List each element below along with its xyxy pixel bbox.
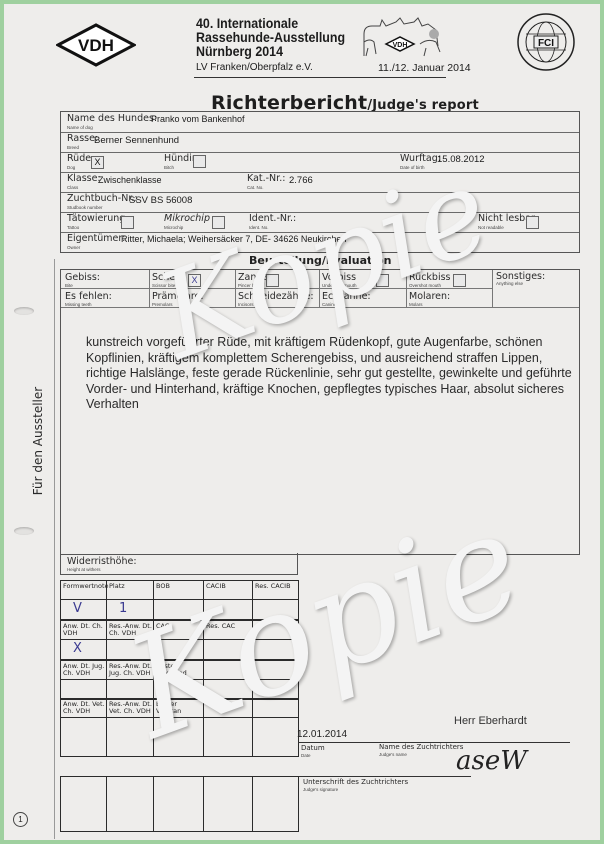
tattoo-checkbox[interactable]	[121, 216, 134, 229]
label: Rückbiss	[409, 272, 451, 283]
label: Unterschrift des Zuchtrichters	[303, 778, 408, 786]
row-identification: Tätowierung Tattoo Mikrochip Microchip I…	[61, 212, 579, 233]
label: Eigentümer:	[67, 233, 125, 244]
label-en: Tattoo	[67, 225, 79, 230]
height-at-withers: Widerristhöhe: Height at withers	[60, 553, 298, 575]
molars-cell: Molaren: Molars	[407, 289, 493, 308]
result-label: Anw. Dt. Vet. Ch. VDH	[63, 701, 106, 715]
result-mark: 1	[119, 601, 127, 616]
result-value-cell[interactable]	[153, 717, 204, 757]
result-value-cell[interactable]	[106, 639, 154, 660]
svg-text:VDH: VDH	[78, 36, 114, 55]
result-value-cell[interactable]	[252, 717, 299, 757]
result-value-cell[interactable]	[153, 776, 204, 832]
result-value-cell[interactable]	[203, 717, 253, 757]
result-label: Res.-Anw. Dt. Vet. Ch. VDH	[109, 701, 153, 715]
missing-cell: Es fehlen: Missing teeth	[61, 289, 150, 308]
other-cell: Sonstiges: Anything else	[493, 270, 579, 308]
result-label: Res. CACIB	[255, 583, 291, 590]
vdh-logo: VDH	[56, 23, 136, 67]
result-mark: X	[73, 641, 82, 656]
result-label: Bester Junghund	[156, 663, 203, 677]
label-en: Anything else	[496, 281, 523, 286]
result-label-cell: Anw. Dt. Jug. Ch. VDH	[60, 660, 107, 680]
result-value-cell[interactable]	[252, 599, 299, 620]
result-value-cell[interactable]	[106, 717, 154, 757]
header-divider	[194, 77, 446, 78]
row-breed: Rasse: Breed Berner Sennenhund	[61, 132, 579, 153]
result-value-cell[interactable]	[153, 679, 204, 700]
result-value-cell[interactable]	[60, 776, 107, 832]
label: Ident.-Nr.:	[249, 213, 296, 224]
label-en: Judge's name	[379, 752, 407, 757]
label-en: Undershot mouth	[322, 283, 357, 288]
label-en: Name of dog	[67, 125, 93, 130]
result-label-cell	[252, 620, 299, 640]
label-en: Overshot mouth	[409, 283, 441, 288]
label: Eckzähne:	[322, 291, 371, 302]
label-en: Class	[67, 185, 78, 190]
result-value-cell[interactable]: V	[60, 599, 107, 620]
bite-cell: Gebiss: Bite	[61, 270, 150, 289]
label-en: Ident. No.	[249, 225, 269, 230]
result-value-cell[interactable]	[60, 679, 107, 700]
result-label: Anw. Dt. Ch. VDH	[63, 623, 106, 637]
result-label-cell: Platz	[106, 580, 154, 600]
page-number: 1	[13, 812, 28, 827]
svg-text:VDH: VDH	[393, 42, 408, 49]
result-value-cell[interactable]	[106, 679, 154, 700]
evaluation-title: Beurteilung/Evaluation	[249, 254, 391, 267]
label-en: Studbook number	[67, 205, 103, 210]
label-en: Bite	[65, 283, 73, 288]
event-title: 40. Internationale Rassehunde-Ausstellun…	[196, 17, 345, 59]
result-label: Anw. Dt. Jug. Ch. VDH	[63, 663, 106, 677]
result-label-cell: Anw. Dt. Vet. Ch. VDH	[60, 698, 107, 718]
label-en: Canines	[322, 302, 339, 307]
label: Name des Hundes:	[67, 113, 157, 124]
result-label-cell: Res. CACIB	[252, 580, 299, 600]
sidebar-label: Für den Aussteller	[31, 387, 45, 495]
result-label: Formwertnote	[63, 583, 109, 590]
not-readable-checkbox[interactable]	[526, 216, 539, 229]
result-value-cell[interactable]: 1	[106, 599, 154, 620]
result-label: Bester Veteran	[156, 701, 203, 715]
result-label-cell: Anw. Dt. Ch. VDH	[60, 620, 107, 640]
result-label-cell: Formwertnote	[60, 580, 107, 600]
class: Zwischenklasse	[98, 175, 162, 185]
incisors-cell: Schneidezähne: Incisors	[236, 289, 320, 308]
label-en: Cat. No.	[247, 185, 264, 190]
label-en: Bitch	[164, 165, 174, 170]
female-checkbox[interactable]	[193, 155, 206, 168]
canines-cell: Eckzähne: Canines	[320, 289, 407, 308]
result-label-cell	[252, 698, 299, 718]
breed: Berner Sennenhund	[94, 135, 179, 146]
dog-name: Pranko vom Bankenhof	[151, 114, 245, 124]
undershot-checkbox[interactable]	[376, 274, 389, 287]
label-en: Microchip	[164, 225, 183, 230]
microchip-checkbox[interactable]	[212, 216, 225, 229]
label: Wurftag:	[400, 153, 441, 164]
svg-text:FCI: FCI	[538, 38, 554, 49]
organizer: LV Franken/Oberpfalz e.V.	[196, 62, 313, 73]
result-label: Res.-Anw. Dt. Ch. VDH	[109, 623, 153, 637]
label-en: Incisors	[238, 302, 254, 307]
judge-signature: aseW	[456, 746, 527, 776]
fci-logo: FCI	[516, 12, 576, 72]
result-value-cell[interactable]	[203, 776, 253, 832]
row-class: Klasse: Class Zwischenklasse Kat.-Nr.: C…	[61, 172, 579, 193]
label-en: Pincer bite	[238, 283, 259, 288]
judge-name: Herr Eberhardt	[454, 715, 527, 727]
result-label: Res.-Anw. Dt. Jug. Ch. VDH	[109, 663, 153, 677]
result-value-cell[interactable]	[203, 599, 253, 620]
signature-line	[299, 776, 471, 777]
label: Schere	[152, 272, 185, 283]
label: Schneidezähne:	[238, 291, 314, 302]
scissor-cell: Schere Scissor bite X	[150, 270, 236, 289]
result-value-cell[interactable]	[203, 679, 253, 700]
result-label-cell: Bester Veteran	[153, 698, 204, 718]
label-en: Owner	[67, 245, 80, 250]
result-label: Platz	[109, 583, 125, 590]
male-checkbox[interactable]: X	[91, 156, 104, 169]
label-en: Not readable	[478, 225, 504, 230]
catalog-number: 2.766	[289, 175, 313, 186]
label: Gebiss:	[65, 272, 100, 283]
result-value-cell[interactable]	[153, 599, 204, 620]
judging-date: 12.01.2014	[297, 729, 347, 740]
result-label: Res. CAC	[206, 623, 235, 630]
pincer-cell: Zange Pincer bite	[236, 270, 320, 289]
fold-line	[54, 259, 55, 839]
undershot-cell: Vorbiss Undershot mouth	[320, 270, 407, 289]
label-en: Missing teeth	[65, 302, 92, 307]
result-label: BOB	[156, 583, 170, 590]
overshot-cell: Rückbiss Overshot mouth	[407, 270, 493, 289]
label: Es fehlen:	[65, 291, 112, 302]
overshot-checkbox[interactable]	[453, 274, 466, 287]
evaluation-text: kunstreich vorgeführter Rüde, mit kräfti…	[86, 335, 586, 413]
label: Zange	[238, 272, 268, 283]
event-logo: VDH	[356, 16, 446, 60]
label: Widerristhöhe:	[67, 556, 137, 567]
result-label-cell: Bester Junghund	[153, 660, 204, 680]
result-label-cell: Res. CAC	[203, 620, 253, 640]
label: Klasse:	[67, 173, 101, 184]
label-en: Dog	[67, 165, 75, 170]
result-label-cell: Res.-Anw. Dt. Vet. Ch. VDH	[106, 698, 154, 718]
result-value-cell[interactable]	[252, 679, 299, 700]
label: Molaren:	[409, 291, 450, 302]
result-label: CAC	[156, 623, 169, 630]
row-owner: Eigentümer: Owner Ritter, Michaela; Weih…	[61, 232, 579, 252]
label-en: Breed	[67, 145, 79, 150]
result-label-cell: CAC	[153, 620, 204, 640]
label: Mikrochip	[164, 213, 210, 224]
punch-hole	[14, 307, 34, 315]
result-value-cell[interactable]	[252, 776, 299, 832]
label-en: Judge's signature	[303, 787, 338, 792]
label-en: Height at withers	[67, 567, 101, 572]
date-of-birth: 15.08.2012	[437, 154, 485, 165]
result-label-cell: CACIB	[203, 580, 253, 600]
label: Datum	[301, 744, 325, 752]
label-en: Premolars	[152, 302, 173, 307]
scissor-checkbox[interactable]: X	[188, 274, 201, 287]
result-label-cell: BOB	[153, 580, 204, 600]
results-grid: FormwertnoteVPlatz1BOBCACIBRes. CACIBAnw…	[60, 580, 298, 834]
result-value-cell[interactable]: X	[60, 639, 107, 660]
label: Vorbiss	[322, 272, 356, 283]
punch-hole	[14, 527, 34, 535]
result-label-cell	[203, 660, 253, 680]
document-page: VDH 40. Internationale Rassehunde-Ausste…	[4, 4, 600, 840]
result-value-cell[interactable]	[153, 639, 204, 660]
result-label-cell: Res.-Anw. Dt. Ch. VDH	[106, 620, 154, 640]
dog-details: Name des Hundes: Name of dog Pranko vom …	[60, 111, 580, 253]
result-label-cell: Res.-Anw. Dt. Jug. Ch. VDH	[106, 660, 154, 680]
label-en: Date of birth	[400, 165, 425, 170]
label-en: Scissor bite	[152, 283, 175, 288]
label: Name des Zuchtrichters	[379, 743, 463, 751]
label-en: Date	[301, 753, 311, 758]
row-name: Name des Hundes: Name of dog Pranko vom …	[61, 112, 579, 133]
label: Tätowierung	[67, 213, 125, 224]
label: Kat.-Nr.:	[247, 173, 285, 184]
result-value-cell[interactable]	[203, 639, 253, 660]
result-value-cell[interactable]	[60, 717, 107, 757]
result-mark: V	[73, 601, 82, 616]
result-label: CACIB	[206, 583, 226, 590]
owner: Ritter, Michaela; Weihersäcker 7, DE- 34…	[121, 234, 346, 244]
label-en: Molars	[409, 302, 423, 307]
studbook-number: SSV BS 56008	[129, 195, 192, 206]
result-label-cell	[252, 660, 299, 680]
result-value-cell[interactable]	[106, 776, 154, 832]
result-label-cell	[203, 698, 253, 718]
premolars-cell: Prämolare: Premolars	[150, 289, 236, 308]
event-dates: 11./12. Januar 2014	[378, 62, 471, 74]
label: Zuchtbuch-Nr.:	[67, 193, 138, 204]
result-value-cell[interactable]	[252, 639, 299, 660]
label: Prämolare:	[152, 291, 204, 302]
row-sex: Rüde Dog X Hündin Bitch Wurftag: Date of…	[61, 152, 579, 173]
row-studbook: Zuchtbuch-Nr.: Studbook number SSV BS 56…	[61, 192, 579, 213]
label: Rüde	[67, 153, 91, 164]
pincer-checkbox[interactable]	[266, 274, 279, 287]
